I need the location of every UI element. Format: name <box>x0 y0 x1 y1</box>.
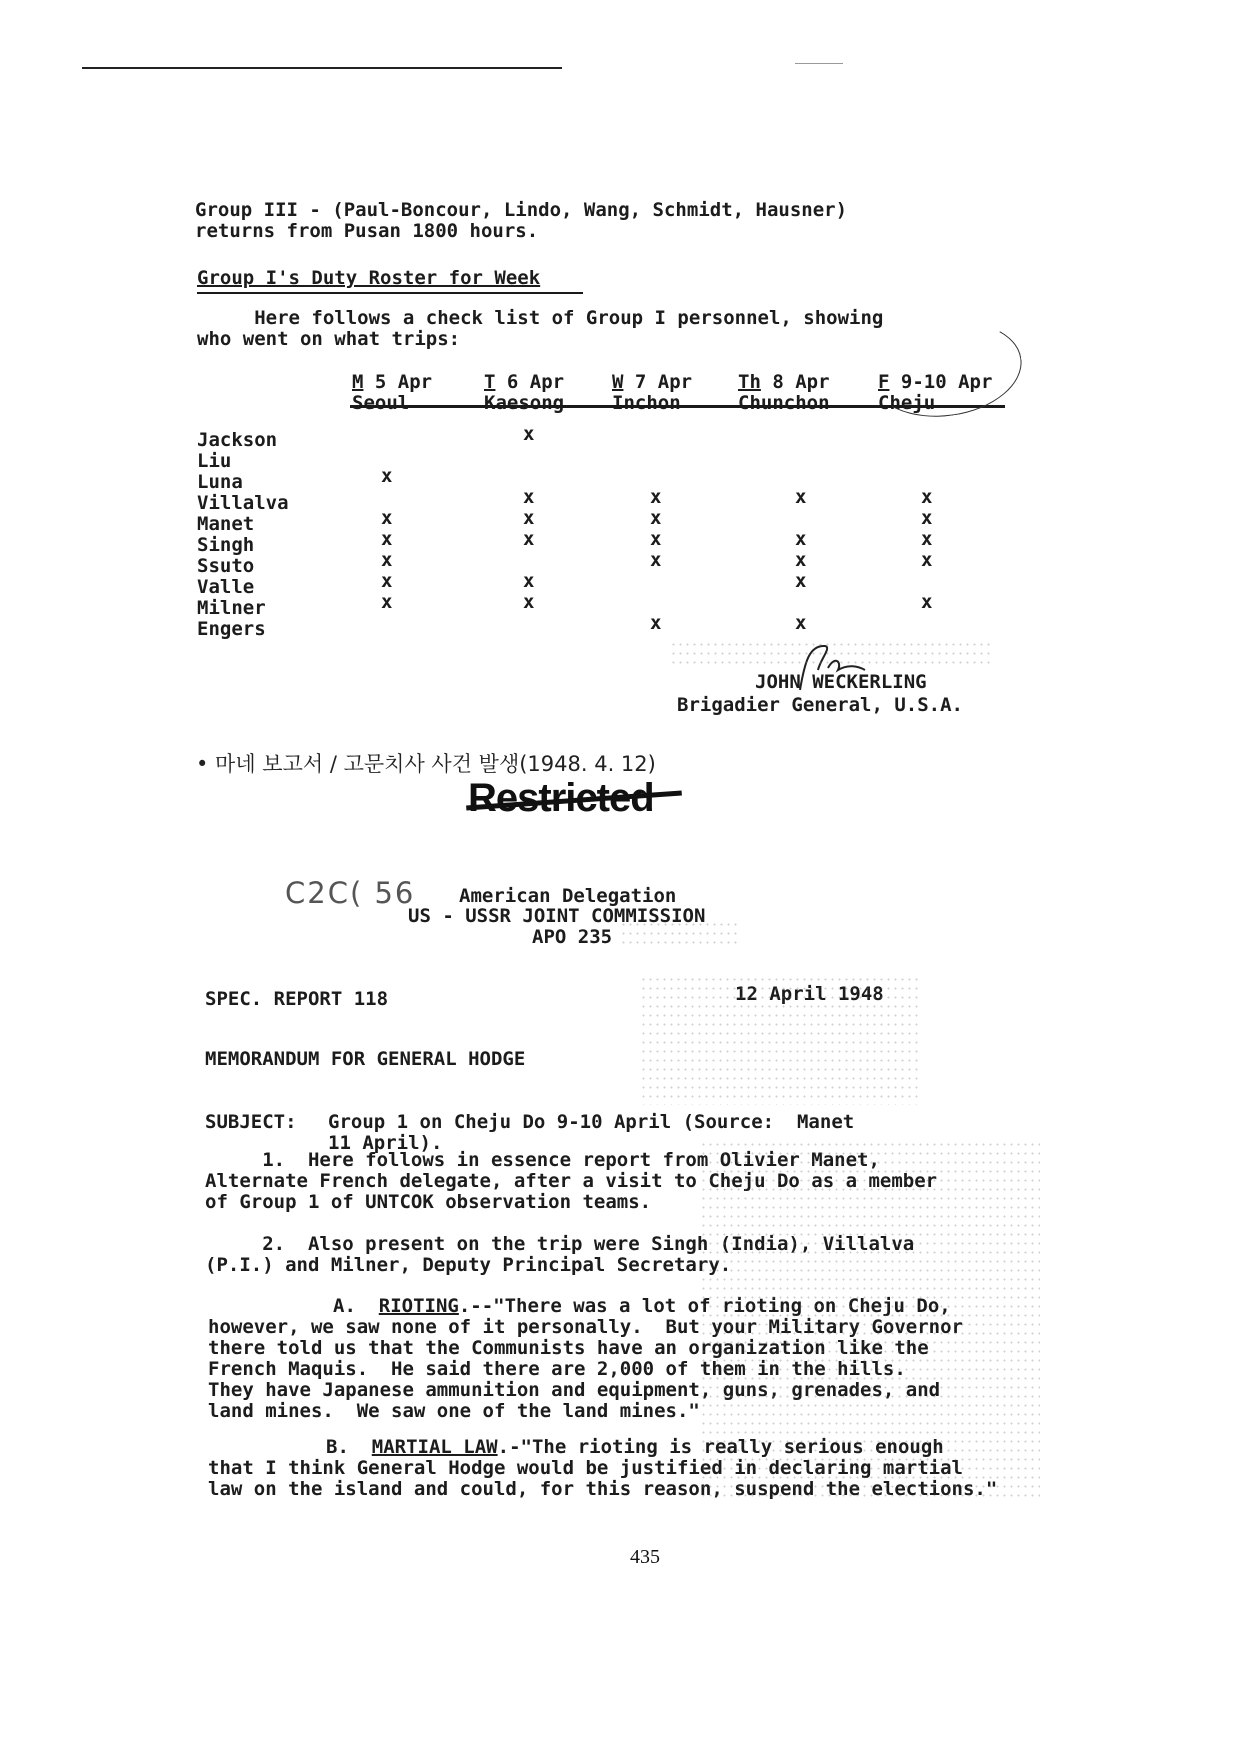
section-b-label: B. <box>326 1436 349 1458</box>
trip-check-mark: x <box>795 550 806 571</box>
roster-person-name: Milner <box>197 598 266 619</box>
trip-check-mark: x <box>523 592 534 613</box>
roster-person-name: Luna <box>197 472 243 493</box>
trip-check-mark: x <box>381 466 392 487</box>
scan-noise <box>670 640 990 670</box>
trip-place: Chunchon <box>738 393 830 414</box>
trip-check-mark: x <box>381 592 392 613</box>
trip-place: Inchon <box>612 393 692 414</box>
roster-heading-underline <box>197 292 583 294</box>
letterhead-line1: American Delegation <box>459 886 676 907</box>
section-a-label: A. <box>333 1295 356 1317</box>
trip-check-mark: x <box>523 487 534 508</box>
section-a-heading: RIOTING <box>379 1295 459 1317</box>
subject-line1: Group 1 on Cheju Do 9-10 April (Source: … <box>328 1112 854 1133</box>
roster-person-name: Valle <box>197 577 254 598</box>
intro-line1: Here follows a check list of Group I per… <box>197 308 883 329</box>
trip-check-mark: x <box>921 529 932 550</box>
roster-person-name: Jackson <box>197 430 277 451</box>
roster-person-name: Villalva <box>197 493 289 514</box>
day-date: 6 Apr <box>495 371 564 393</box>
section-b-heading: MARTIAL LAW <box>372 1436 498 1458</box>
day-date: 8 Apr <box>761 371 830 393</box>
weekday-abbr: Th <box>738 371 761 393</box>
trip-check-mark: x <box>795 487 806 508</box>
trip-check-mark: x <box>650 613 661 634</box>
trip-check-mark: x <box>523 571 534 592</box>
trip-check-mark: x <box>921 592 932 613</box>
scan-noise <box>640 975 920 1105</box>
roster-heading: Group I's Duty Roster for Week <box>197 268 540 289</box>
trip-check-mark: x <box>523 424 534 445</box>
trip-check-mark: x <box>795 571 806 592</box>
roster-person-name: Liu <box>197 451 231 472</box>
scan-top-rule-short <box>795 63 843 64</box>
weekday-abbr: T <box>484 371 495 393</box>
roster-person-name: Ssuto <box>197 556 254 577</box>
trip-place: Seoul <box>352 393 432 414</box>
trip-check-mark: x <box>921 550 932 571</box>
day-date: 5 Apr <box>363 371 432 393</box>
day-date: 7 Apr <box>623 371 692 393</box>
memo-to: MEMORANDUM FOR GENERAL HODGE <box>205 1049 525 1070</box>
weekday-abbr: W <box>612 371 623 393</box>
trip-check-mark: x <box>523 529 534 550</box>
trip-check-mark: x <box>381 529 392 550</box>
scan-noise <box>700 1140 1040 1500</box>
trip-check-mark: x <box>795 613 806 634</box>
intro-line2: who went on what trips: <box>197 329 460 350</box>
report-id: SPEC. REPORT 118 <box>205 989 388 1010</box>
trip-check-mark: x <box>650 550 661 571</box>
signature-name: JOHN WECKERLING <box>755 672 927 693</box>
trip-check-mark: x <box>650 487 661 508</box>
weekday-abbr: M <box>352 371 363 393</box>
trip-check-mark: x <box>523 508 534 529</box>
roster-person-name: Engers <box>197 619 266 640</box>
subject-label: SUBJECT: <box>205 1112 297 1133</box>
page-number: 435 <box>630 1546 660 1569</box>
trip-check-mark: x <box>921 487 932 508</box>
stamp-number: C2C( 56 <box>285 876 415 910</box>
trip-check-mark: x <box>650 529 661 550</box>
trip-place: Kaesong <box>484 393 564 414</box>
group3-line1: Group III - (Paul-Boncour, Lindo, Wang, … <box>195 200 847 221</box>
scan-top-rule <box>82 67 562 69</box>
trip-check-mark: x <box>381 508 392 529</box>
trip-check-mark: x <box>650 508 661 529</box>
group3-line2: returns from Pusan 1800 hours. <box>195 221 538 242</box>
trip-check-mark: x <box>795 529 806 550</box>
letterhead-line3: APO 235 <box>532 927 612 948</box>
trip-check-mark: x <box>921 508 932 529</box>
signature-title: Brigadier General, U.S.A. <box>677 695 963 716</box>
trip-check-mark: x <box>381 550 392 571</box>
trip-check-mark: x <box>381 571 392 592</box>
korean-caption: • 마네 보고서 / 고문치사 사건 발생(1948. 4. 12) <box>196 748 656 778</box>
scan-noise <box>620 920 740 950</box>
roster-person-name: Singh <box>197 535 254 556</box>
roster-person-name: Manet <box>197 514 254 535</box>
